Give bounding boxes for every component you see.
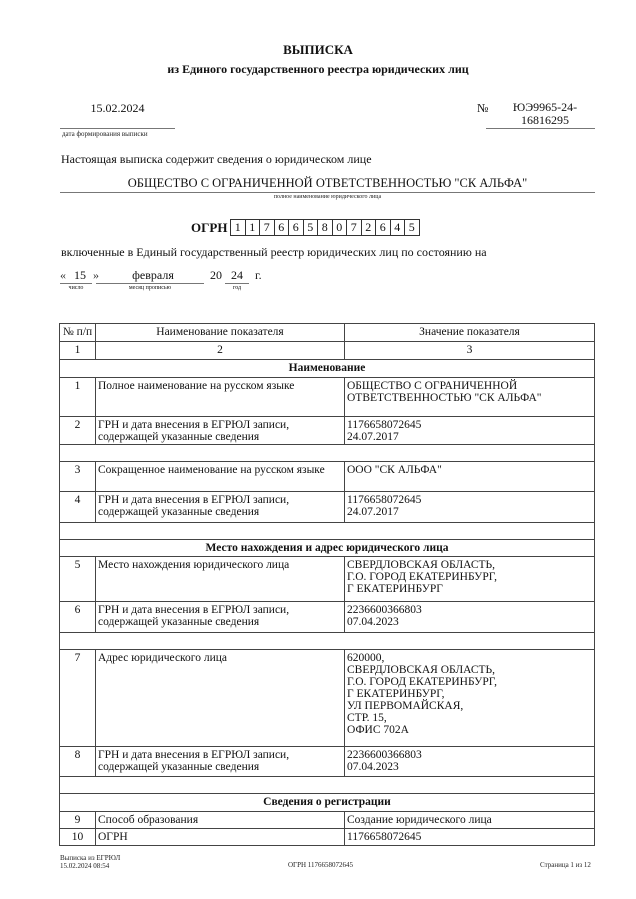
table-row: 1 Полное наименование на русском языке О… (60, 378, 595, 417)
issue-date-caption: дата формирования выписки (62, 130, 148, 138)
row-number: 5 (60, 557, 96, 602)
table-row: 4 ГРН и дата внесения в ЕГРЮЛ записи, со… (60, 492, 595, 523)
org-name-underline (60, 192, 595, 193)
ogrn-digit: 2 (362, 219, 377, 236)
row-indicator: Способ образования (96, 812, 345, 829)
row-indicator: ГРН и дата внесения в ЕГРЮЛ записи, соде… (96, 417, 345, 445)
row-indicator: ОГРН (96, 829, 345, 846)
header-cell: Наименование показателя (96, 324, 345, 342)
ogrn-digit: 5 (304, 219, 319, 236)
ogrn-digit: 6 (275, 219, 290, 236)
row-value: 2236600366803 07.04.2023 (345, 747, 595, 777)
table-row: 9 Способ образования Создание юридическо… (60, 812, 595, 829)
column-number: 3 (345, 342, 595, 360)
blank-row (60, 633, 595, 650)
row-value: 1176658072645 24.07.2017 (345, 492, 595, 523)
row-number: 3 (60, 462, 96, 492)
row-indicator: ГРН и дата внесения в ЕГРЮЛ записи, соде… (96, 492, 345, 523)
open-quote: « (60, 268, 66, 283)
section-header-row: Сведения о регистрации (60, 794, 595, 812)
ogrn-digit: 1 (231, 219, 246, 236)
blank-row (60, 445, 595, 462)
ogrn-digit: 5 (405, 219, 420, 236)
year-suffix: г. (255, 268, 262, 283)
year-caption: год (225, 285, 249, 291)
year-underline (225, 283, 249, 284)
extract-number-underline (486, 128, 595, 129)
row-value: ОБЩЕСТВО С ОГРАНИЧЕННОЙ ОТВЕТСТВЕННОСТЬЮ… (345, 378, 595, 417)
document-subtitle: из Единого государственного реестра юрид… (0, 62, 636, 77)
row-indicator: ГРН и дата внесения в ЕГРЮЛ записи, соде… (96, 747, 345, 777)
day-underline (60, 283, 92, 284)
table-header-row: № п/п Наименование показателя Значение п… (60, 324, 595, 342)
table-row: 3 Сокращенное наименование на русском яз… (60, 462, 595, 492)
column-number: 2 (96, 342, 345, 360)
row-indicator: Полное наименование на русском языке (96, 378, 345, 417)
ogrn-label: ОГРН (191, 220, 227, 236)
extract-number: ЮЭ9965-24- 16816295 (495, 101, 595, 127)
column-number-row: 1 2 3 (60, 342, 595, 360)
ogrn-digit: 4 (391, 219, 406, 236)
ogrn-digit: 6 (289, 219, 304, 236)
section-header-row: Место нахождения и адрес юридического ли… (60, 540, 595, 557)
issue-date: 15.02.2024 (60, 101, 175, 116)
column-number: 1 (60, 342, 96, 360)
row-value: 1176658072645 24.07.2017 (345, 417, 595, 445)
blank-row (60, 523, 595, 540)
as-of-year: 24 (225, 268, 249, 283)
ogrn-digit-boxes: 1 1 7 6 6 5 8 0 7 2 6 4 5 (230, 219, 420, 236)
table-row: 2 ГРН и дата внесения в ЕГРЮЛ записи, со… (60, 417, 595, 445)
section-title: Сведения о регистрации (60, 794, 595, 812)
ogrn-digit: 7 (260, 219, 275, 236)
row-value: Создание юридического лица (345, 812, 595, 829)
ogrn-digit: 8 (318, 219, 333, 236)
row-value: 620000, СВЕРДЛОВСКАЯ ОБЛАСТЬ, Г.О. ГОРОД… (345, 650, 595, 747)
row-indicator: Сокращенное наименование на русском язык… (96, 462, 345, 492)
footer-page-number: Страница 1 из 12 (540, 861, 591, 869)
table-row: 10 ОГРН 1176658072645 (60, 829, 595, 846)
row-number: 6 (60, 602, 96, 633)
org-full-name: ОБЩЕСТВО С ОГРАНИЧЕННОЙ ОТВЕТСТВЕННОСТЬЮ… (60, 176, 595, 191)
row-indicator: Место нахождения юридического лица (96, 557, 345, 602)
as-of-century: 20 (210, 268, 222, 283)
row-value: ООО "СК АЛЬФА" (345, 462, 595, 492)
ogrn-digit: 6 (376, 219, 391, 236)
number-sign: № (477, 101, 488, 116)
row-indicator: ГРН и дата внесения в ЕГРЮЛ записи, соде… (96, 602, 345, 633)
header-cell: № п/п (60, 324, 96, 342)
table-row: 6 ГРН и дата внесения в ЕГРЮЛ записи, со… (60, 602, 595, 633)
section-header-row: Наименование (60, 360, 595, 378)
table-row: 8 ГРН и дата внесения в ЕГРЮЛ записи, со… (60, 747, 595, 777)
row-number: 7 (60, 650, 96, 747)
included-text: включенные в Единый государственный реес… (61, 245, 487, 260)
row-number: 8 (60, 747, 96, 777)
intro-text: Настоящая выписка содержит сведения о юр… (61, 152, 372, 167)
header-cell: Значение показателя (345, 324, 595, 342)
org-name-caption: полное наименование юридического лица (60, 194, 595, 200)
footer-ogrn: ОГРН 1176658072645 (288, 861, 353, 869)
row-number: 10 (60, 829, 96, 846)
table-row: 7 Адрес юридического лица 620000, СВЕРДЛ… (60, 650, 595, 747)
document-title: ВЫПИСКА (0, 42, 636, 58)
row-number: 4 (60, 492, 96, 523)
registry-table: № п/п Наименование показателя Значение п… (59, 323, 595, 846)
section-title: Место нахождения и адрес юридического ли… (60, 540, 595, 557)
row-value: 2236600366803 07.04.2023 (345, 602, 595, 633)
row-number: 2 (60, 417, 96, 445)
issue-date-underline (60, 128, 175, 129)
day-caption: число (60, 285, 92, 291)
row-value: 1176658072645 (345, 829, 595, 846)
row-number: 1 (60, 378, 96, 417)
close-quote: » (93, 268, 99, 283)
row-number: 9 (60, 812, 96, 829)
month-underline (96, 283, 204, 284)
as-of-day: 15 (69, 268, 91, 283)
footer-document-info: Выписка из ЕГРЮЛ 15.02.2024 08:54 (60, 854, 120, 870)
row-value: СВЕРДЛОВСКАЯ ОБЛАСТЬ, Г.О. ГОРОД ЕКАТЕРИ… (345, 557, 595, 602)
month-caption: месяц прописью (96, 285, 204, 291)
blank-row (60, 777, 595, 794)
ogrn-digit: 1 (246, 219, 261, 236)
row-indicator: Адрес юридического лица (96, 650, 345, 747)
ogrn-digit: 0 (333, 219, 348, 236)
section-title: Наименование (60, 360, 595, 378)
table-row: 5 Место нахождения юридического лица СВЕ… (60, 557, 595, 602)
ogrn-digit: 7 (347, 219, 362, 236)
as-of-month: февраля (103, 268, 203, 283)
